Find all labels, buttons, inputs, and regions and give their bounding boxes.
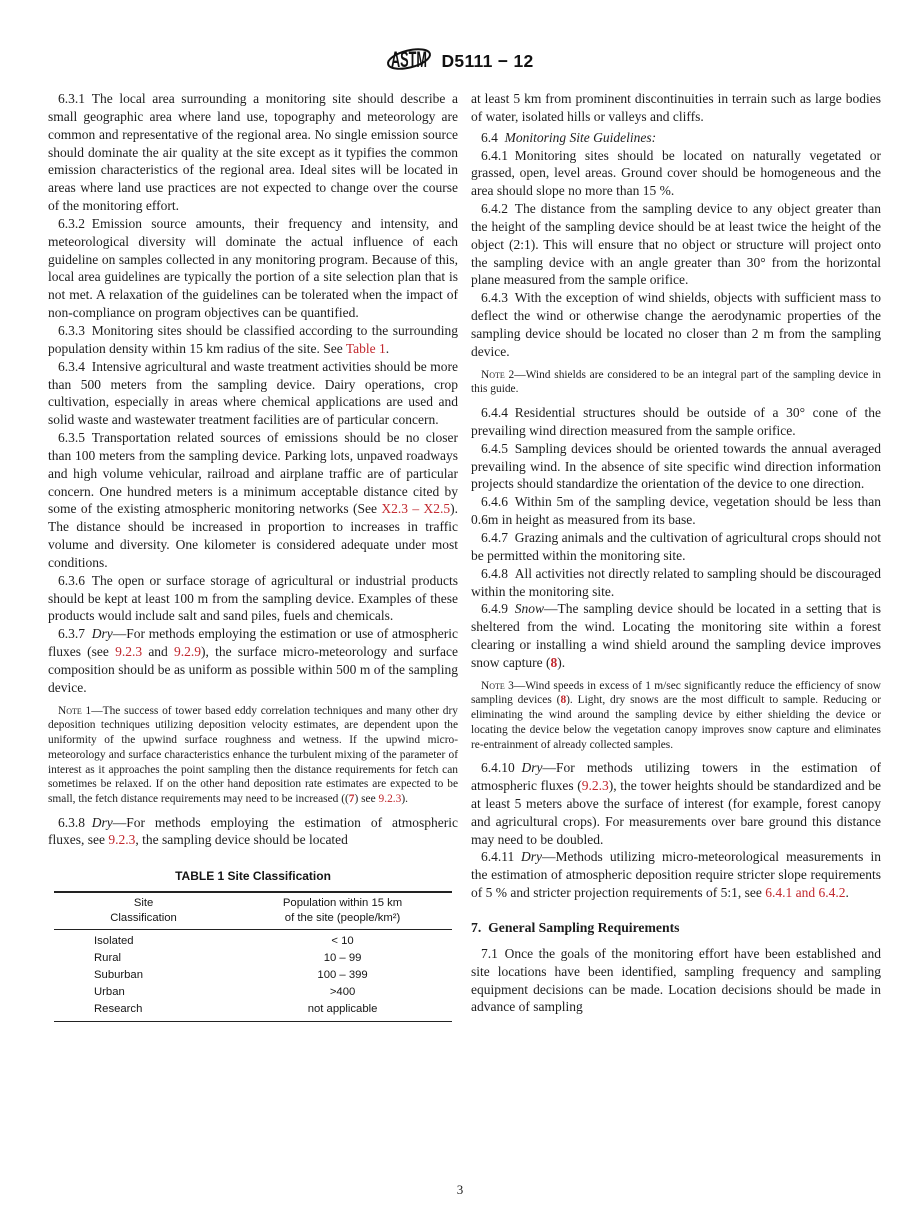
site-classification-cell: Research bbox=[54, 1001, 233, 1022]
text-segment: 6.4 bbox=[481, 130, 505, 145]
text-segment: ) see bbox=[354, 793, 378, 805]
table-row: Suburban100 – 399 bbox=[54, 967, 452, 984]
text-segment: 6.3.8 bbox=[58, 815, 92, 830]
text-segment: Dry bbox=[92, 815, 113, 830]
para-6-4-4: 6.4.4 Residential structures should be o… bbox=[471, 404, 881, 440]
text-segment: 6.4.9 bbox=[481, 601, 515, 616]
text-segment: Dry bbox=[521, 849, 542, 864]
text-segment: . bbox=[846, 885, 849, 900]
text-segment: 6.4.6 Within 5m of the sampling device, … bbox=[471, 494, 881, 527]
text-segment: 6.4.11 bbox=[481, 849, 521, 864]
table-row: Urban>400 bbox=[54, 984, 452, 1001]
para-6-3-7: 6.3.7 Dry—For methods employing the esti… bbox=[48, 625, 458, 696]
site-classification-cell: Rural bbox=[54, 951, 233, 968]
para-6-4-5: 6.4.5 Sampling devices should be oriente… bbox=[471, 440, 881, 494]
text-segment: and bbox=[142, 644, 174, 659]
text-segment: 6.4.3 With the exception of wind shields… bbox=[471, 290, 881, 359]
text-segment: 6.3.2 Emission source amounts, their fre… bbox=[48, 216, 458, 320]
note-2: Note 2—Wind shields are considered to be… bbox=[471, 368, 881, 397]
para-6-3-5: 6.3.5 Transportation related sources of … bbox=[48, 429, 458, 572]
text-segment: 6.4.1 Monitoring sites should be located… bbox=[471, 148, 881, 199]
astm-logo-icon: ASTM bbox=[386, 40, 432, 83]
para-6-3-1: 6.3.1 The local area surrounding a monit… bbox=[48, 90, 458, 215]
ref-link[interactable]: 6.4.1 and 6.4.2 bbox=[765, 885, 845, 900]
para-6-4-10: 6.4.10 Dry—For methods utilizing towers … bbox=[471, 759, 881, 848]
ref-link[interactable]: 9.2.3 bbox=[582, 778, 609, 793]
para-6-3-8: 6.3.8 Dry—For methods employing the esti… bbox=[48, 814, 458, 850]
population-cell: not applicable bbox=[233, 1001, 452, 1022]
ref-link[interactable]: 9.2.3 bbox=[379, 793, 402, 805]
text-segment: . bbox=[386, 341, 389, 356]
ref-link[interactable]: 9.2.3 bbox=[108, 832, 135, 847]
population-cell: 10 – 99 bbox=[233, 951, 452, 968]
text-segment: Dry bbox=[92, 626, 113, 641]
para-6-3-3: 6.3.3 Monitoring sites should be classif… bbox=[48, 322, 458, 358]
table-row: Rural10 – 99 bbox=[54, 951, 452, 968]
table-row: Isolated< 10 bbox=[54, 930, 452, 951]
population-cell: 100 – 399 bbox=[233, 967, 452, 984]
para-6-4-9: 6.4.9 Snow—The sampling device should be… bbox=[471, 600, 881, 671]
text-segment: 7. General Sampling Requirements bbox=[471, 920, 679, 935]
text-segment: Snow bbox=[515, 601, 544, 616]
text-segment: 6.4.2 The distance from the sampling dev… bbox=[471, 201, 881, 287]
para-6-3-6: 6.3.6 The open or surface storage of agr… bbox=[48, 572, 458, 626]
ref-link[interactable]: X2.3 – X2.5 bbox=[381, 501, 450, 516]
right-column-text: at least 5 km from prominent discontinui… bbox=[471, 90, 881, 1016]
text-segment: 6.4.4 Residential structures should be o… bbox=[471, 405, 881, 438]
two-column-body: 6.3.1 The local area surrounding a monit… bbox=[48, 90, 881, 1022]
text-segment: 6.3.1 The local area surrounding a monit… bbox=[48, 91, 458, 213]
text-segment: 6.4.8 All activities not directly relate… bbox=[471, 566, 881, 599]
para-7-1: 7.1 Once the goals of the monitoring eff… bbox=[471, 945, 881, 1016]
para-6-4-7: 6.4.7 Grazing animals and the cultivatio… bbox=[471, 529, 881, 565]
text-segment: Note 2 bbox=[481, 369, 514, 381]
para-6-4-8: 6.4.8 All activities not directly relate… bbox=[471, 565, 881, 601]
para-6-3-4: 6.3.4 Intensive agricultural and waste t… bbox=[48, 358, 458, 429]
para-6-3-2: 6.3.2 Emission source amounts, their fre… bbox=[48, 215, 458, 322]
note-3: Note 3—Wind speeds in excess of 1 m/sec … bbox=[471, 679, 881, 753]
left-column-text: 6.3.1 The local area surrounding a monit… bbox=[48, 90, 458, 849]
text-segment: ). bbox=[401, 793, 408, 805]
text-segment: 7.1 Once the goals of the monitoring eff… bbox=[471, 946, 881, 1015]
text-segment: Monitoring Site Guidelines: bbox=[505, 130, 656, 145]
heading-7: 7. General Sampling Requirements bbox=[471, 919, 881, 937]
table-1-col1-header: SiteClassification bbox=[54, 892, 233, 930]
ref-link[interactable]: 9.2.9 bbox=[174, 644, 201, 659]
text-segment: 6.3.3 Monitoring sites should be classif… bbox=[48, 323, 458, 356]
table-1-col2-header: Population within 15 kmof the site (peop… bbox=[233, 892, 452, 930]
site-classification-cell: Suburban bbox=[54, 967, 233, 984]
para-6-4-2: 6.4.2 The distance from the sampling dev… bbox=[471, 200, 881, 289]
text-segment: Note 3 bbox=[481, 680, 514, 692]
page-header: ASTM D5111 − 12 bbox=[0, 40, 920, 83]
text-segment: 6.4.10 bbox=[481, 760, 522, 775]
right-column: at least 5 km from prominent discontinui… bbox=[471, 90, 881, 1022]
para-6-4-1: 6.4.1 Monitoring sites should be located… bbox=[471, 147, 881, 201]
text-segment: 6.4.5 Sampling devices should be oriente… bbox=[471, 441, 881, 492]
ref-link[interactable]: 9.2.3 bbox=[115, 644, 142, 659]
text-segment: ). bbox=[557, 655, 565, 670]
left-column: 6.3.1 The local area surrounding a monit… bbox=[48, 90, 458, 1022]
para-6-3-8-continuation: at least 5 km from prominent discontinui… bbox=[471, 90, 881, 126]
table-1: TABLE 1 Site Classification SiteClassifi… bbox=[54, 868, 452, 1022]
population-cell: < 10 bbox=[233, 930, 452, 951]
text-segment: Note 1 bbox=[58, 705, 91, 717]
site-classification-cell: Isolated bbox=[54, 930, 233, 951]
table-row: Researchnot applicable bbox=[54, 1001, 452, 1022]
text-segment: 6.3.6 The open or surface storage of agr… bbox=[48, 573, 458, 624]
site-classification-cell: Urban bbox=[54, 984, 233, 1001]
page-number: 3 bbox=[0, 1182, 920, 1198]
site-classification-table: SiteClassification Population within 15 … bbox=[54, 891, 452, 1022]
text-segment: 6.4.7 Grazing animals and the cultivatio… bbox=[471, 530, 881, 563]
text-segment: 6.3.7 bbox=[58, 626, 92, 641]
text-segment: —The success of tower based eddy correla… bbox=[48, 705, 458, 805]
document-page: ASTM D5111 − 12 6.3.1 The local area sur… bbox=[0, 0, 920, 1232]
para-6-4-6: 6.4.6 Within 5m of the sampling device, … bbox=[471, 493, 881, 529]
text-segment: at least 5 km from prominent discontinui… bbox=[471, 91, 881, 124]
doc-code: D5111 − 12 bbox=[441, 51, 533, 72]
text-segment: 6.3.4 Intensive agricultural and waste t… bbox=[48, 359, 458, 428]
text-segment: Dry bbox=[522, 760, 543, 775]
heading-6-4: 6.4 Monitoring Site Guidelines: bbox=[471, 129, 881, 147]
ref-link[interactable]: Table 1 bbox=[346, 341, 386, 356]
text-segment: , the sampling device should be located bbox=[135, 832, 348, 847]
table-1-title: TABLE 1 Site Classification bbox=[54, 868, 452, 886]
population-cell: >400 bbox=[233, 984, 452, 1001]
para-6-4-11: 6.4.11 Dry—Methods utilizing micro-meteo… bbox=[471, 848, 881, 902]
para-6-4-3: 6.4.3 With the exception of wind shields… bbox=[471, 289, 881, 360]
text-segment: —Wind shields are considered to be an in… bbox=[471, 369, 881, 396]
note-1: Note 1—The success of tower based eddy c… bbox=[48, 704, 458, 807]
